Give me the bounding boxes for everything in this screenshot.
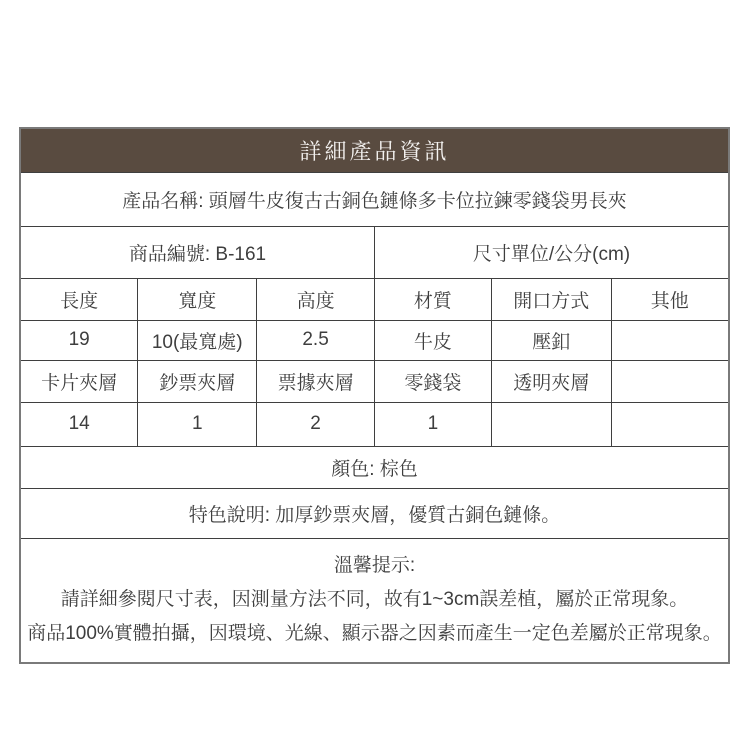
- spec-value-cell: [491, 402, 611, 446]
- meta-row: 商品編號: B-161 尺寸單位/公分(cm): [20, 226, 729, 278]
- spec-value-cell: 牛皮: [374, 320, 491, 360]
- tips-cell: 溫馨提示: 請詳細參閱尺寸表，因測量方法不同，故有1~3cm誤差植，屬於正常現象…: [20, 538, 729, 663]
- tips-line: 商品100%實體拍攝，因環境、光線、顯示器之因素而產生一定色差屬於正常現象。: [21, 617, 728, 651]
- color-cell: 顏色: 棕色: [20, 446, 729, 488]
- spec-header-cell: 票據夾層: [257, 360, 375, 402]
- dimension-value-row: 19 10(最寬處) 2.5 牛皮 壓釦: [20, 320, 729, 360]
- spec-value-cell: 1: [138, 402, 257, 446]
- spec-header-cell: 透明夾層: [491, 360, 611, 402]
- spec-header-cell: 卡片夾層: [20, 360, 138, 402]
- tips-title: 溫馨提示:: [21, 549, 728, 583]
- feature-cell: 特色說明: 加厚鈔票夾層，優質古銅色鏈條。: [20, 488, 729, 538]
- slot-header-row: 卡片夾層 鈔票夾層 票據夾層 零錢袋 透明夾層: [20, 360, 729, 402]
- tips-row: 溫馨提示: 請詳細參閱尺寸表，因測量方法不同，故有1~3cm誤差植，屬於正常現象…: [20, 538, 729, 663]
- spec-header-cell: 零錢袋: [374, 360, 491, 402]
- dimension-header-row: 長度 寬度 高度 材質 開口方式 其他: [20, 278, 729, 320]
- page-title: 詳細產品資訊: [299, 139, 449, 164]
- table-title-bar: 詳細產品資訊: [20, 128, 729, 172]
- spec-value-cell: [611, 402, 729, 446]
- unit-cell: 尺寸單位/公分(cm): [374, 226, 729, 278]
- tips-line: 請詳細參閱尺寸表，因測量方法不同，故有1~3cm誤差植，屬於正常現象。: [21, 583, 728, 617]
- spec-value-cell: 19: [20, 320, 138, 360]
- spec-value-cell: 2: [257, 402, 375, 446]
- product-info-table: 詳細產品資訊 產品名稱: 頭層牛皮復古古銅色鏈條多卡位拉鍊零錢袋男長夾 商品編號…: [19, 127, 730, 664]
- color-row: 顏色: 棕色: [20, 446, 729, 488]
- spec-header-cell: 寬度: [138, 278, 257, 320]
- spec-value-cell: 14: [20, 402, 138, 446]
- product-name-cell: 產品名稱: 頭層牛皮復古古銅色鏈條多卡位拉鍊零錢袋男長夾: [20, 172, 729, 226]
- title-row: 詳細產品資訊: [20, 128, 729, 172]
- slot-value-row: 14 1 2 1: [20, 402, 729, 446]
- spec-header-cell: 其他: [611, 278, 729, 320]
- spec-value-cell: 1: [374, 402, 491, 446]
- spec-value-cell: 10(最寬處): [138, 320, 257, 360]
- spec-header-cell: 高度: [257, 278, 375, 320]
- spec-value-cell: [611, 320, 729, 360]
- spec-value-cell: 2.5: [257, 320, 375, 360]
- feature-row: 特色說明: 加厚鈔票夾層，優質古銅色鏈條。: [20, 488, 729, 538]
- product-detail-sheet: 詳細產品資訊 產品名稱: 頭層牛皮復古古銅色鏈條多卡位拉鍊零錢袋男長夾 商品編號…: [0, 0, 750, 750]
- spec-header-cell: 鈔票夾層: [138, 360, 257, 402]
- spec-header-cell: [611, 360, 729, 402]
- spec-header-cell: 長度: [20, 278, 138, 320]
- sku-cell: 商品編號: B-161: [20, 226, 374, 278]
- spec-header-cell: 開口方式: [491, 278, 611, 320]
- spec-header-cell: 材質: [374, 278, 491, 320]
- spec-value-cell: 壓釦: [491, 320, 611, 360]
- product-name-row: 產品名稱: 頭層牛皮復古古銅色鏈條多卡位拉鍊零錢袋男長夾: [20, 172, 729, 226]
